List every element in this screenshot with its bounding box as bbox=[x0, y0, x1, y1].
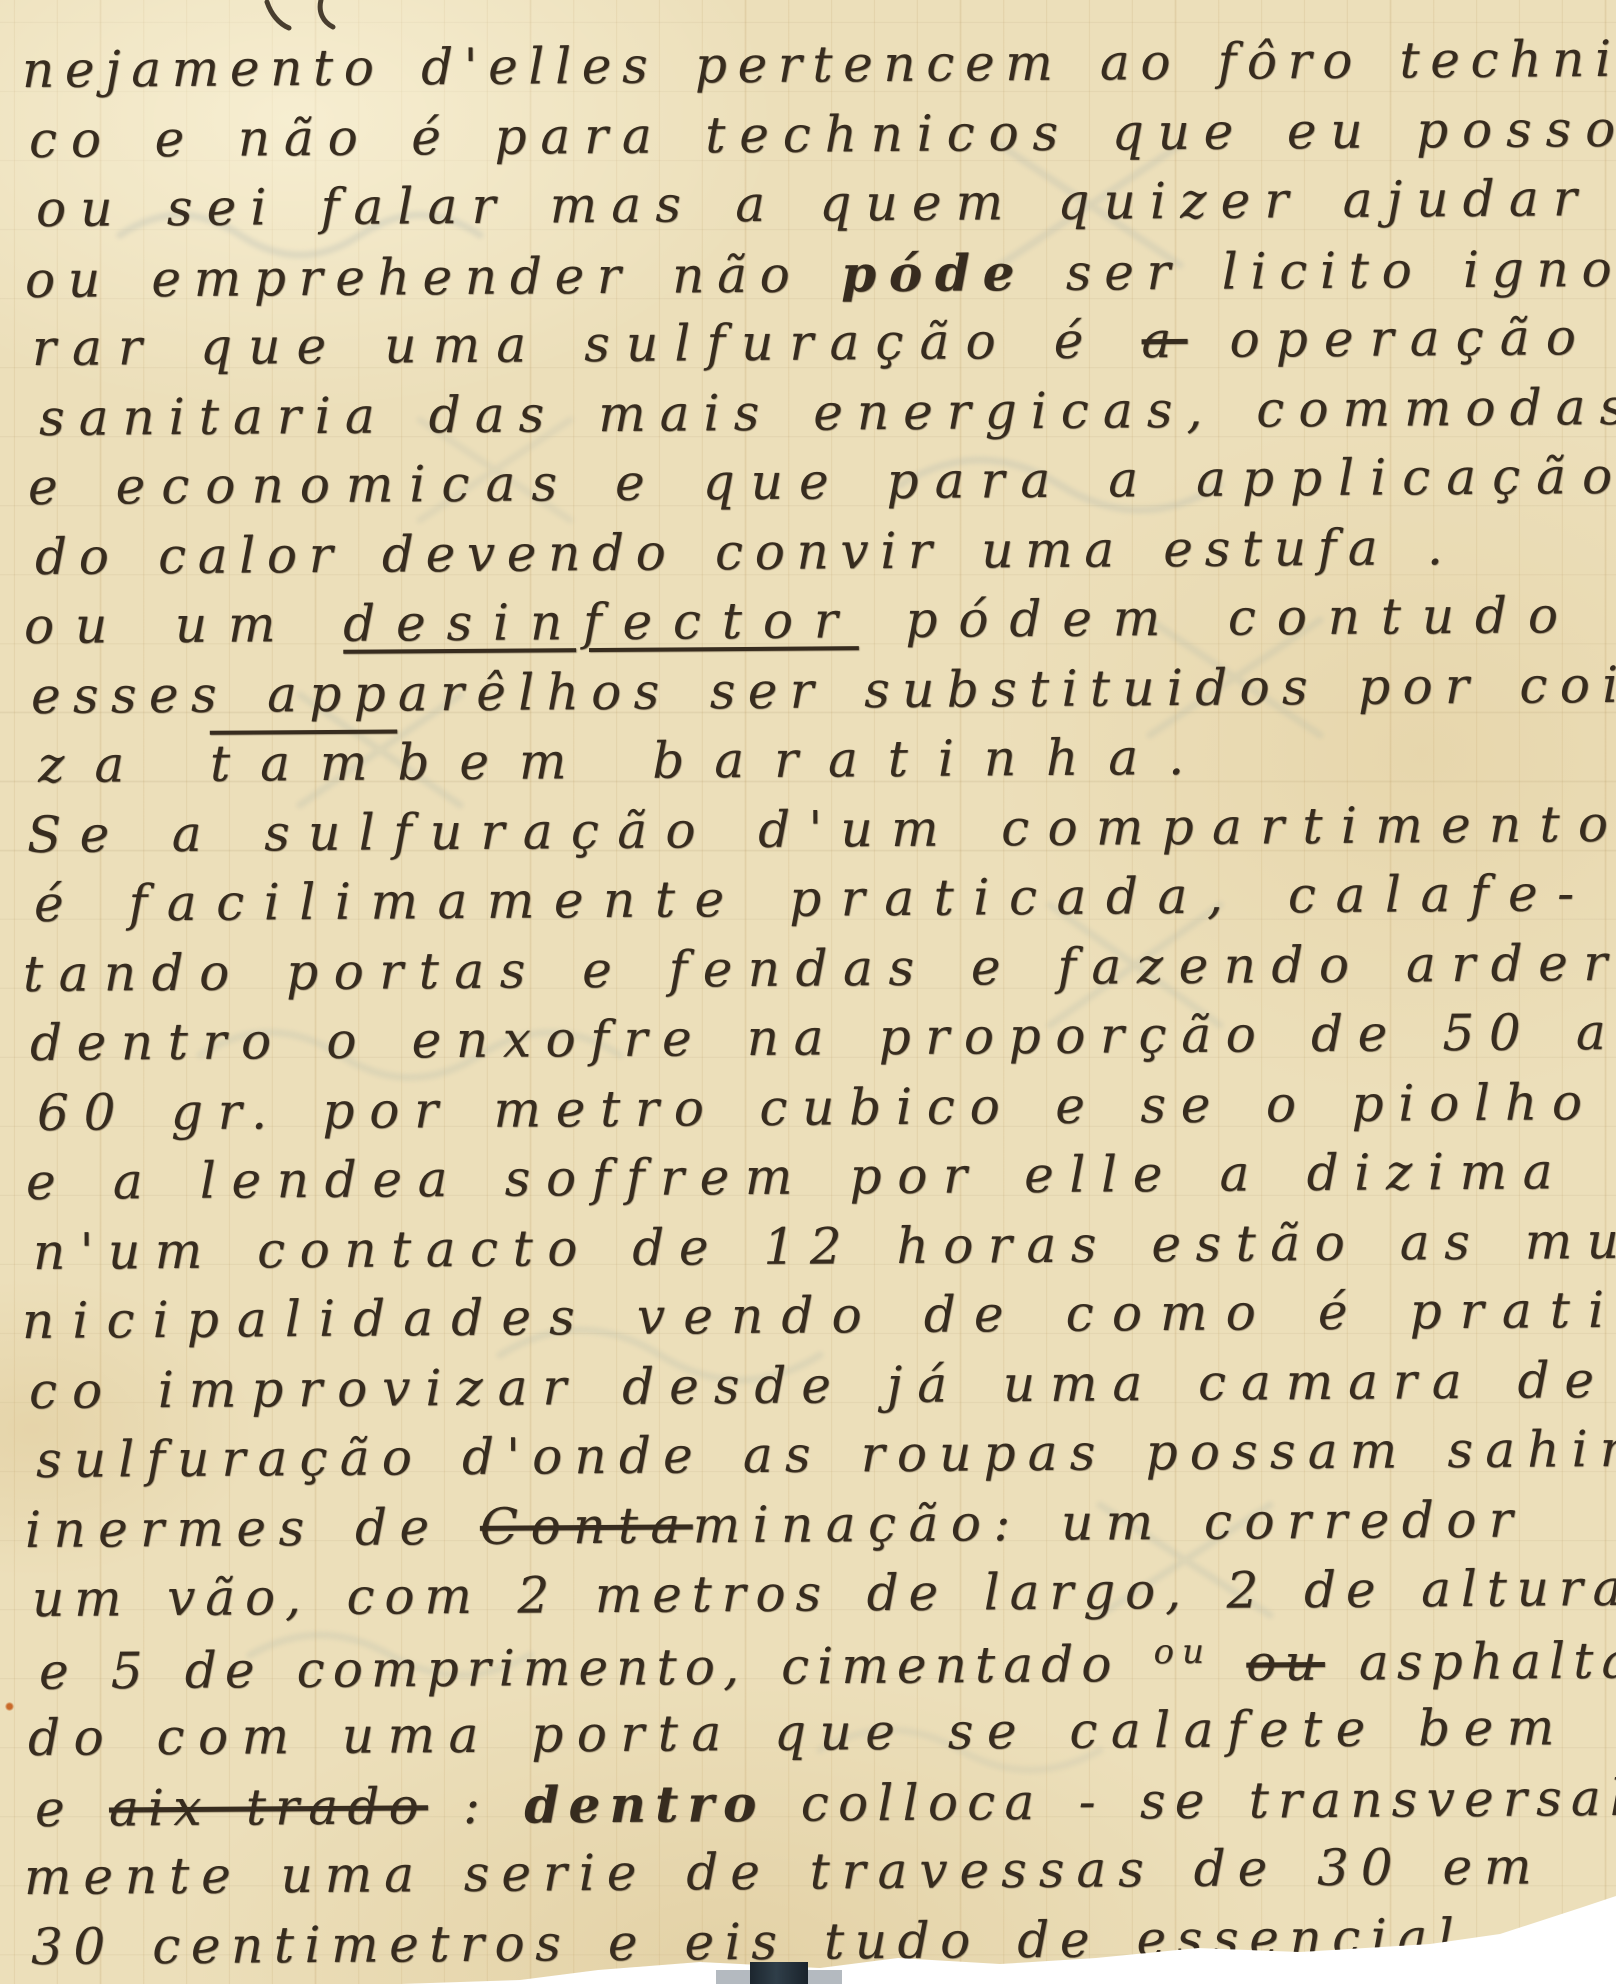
manuscript-line: esses apparêlhos ser substituidos por co… bbox=[31, 655, 1616, 724]
manuscript-word: : bbox=[428, 1776, 525, 1835]
manuscript-word: e 5 de comprimento, cimentado bbox=[39, 1634, 1154, 1700]
manuscript-word: sulfuração d'onde as roupas possam sahir bbox=[36, 1420, 1616, 1489]
manuscript-word-strike: ou bbox=[1246, 1633, 1325, 1692]
manuscript-line: sanitaria das mais energicas, commodas bbox=[39, 377, 1616, 446]
manuscript-word: ou emprehender não bbox=[25, 245, 842, 309]
manuscript-line: co e não é para technicos que eu posso bbox=[29, 99, 1616, 168]
binder-clip-side bbox=[716, 1970, 750, 1984]
manuscript-word: mente uma serie de travessas de 30 em bbox=[24, 1837, 1544, 1906]
manuscript-page: nejamento d'elles pertencem ao fôro tech… bbox=[0, 0, 1616, 1984]
manuscript-line: inermes de Contaminação: um corredor bbox=[25, 1490, 1526, 1558]
manuscript-word-bold: póde bbox=[841, 243, 1027, 303]
manuscript-word: e economicas e que para a applicação bbox=[28, 447, 1616, 516]
manuscript-word-strike: a bbox=[1141, 311, 1187, 369]
manuscript-word: nicipalidades vendo de como é prati bbox=[22, 1281, 1616, 1350]
manuscript-line: ou sei falar mas a quem quizer ajudar bbox=[36, 169, 1591, 238]
manuscript-word: rar que uma sulfuração é bbox=[32, 311, 1142, 377]
manuscript-line: e a lendea soffrem por elle a dizima bbox=[26, 1142, 1569, 1211]
manuscript-word-overline: tam bbox=[210, 733, 398, 792]
manuscript-word: inermes de bbox=[25, 1497, 480, 1558]
binder-clip bbox=[716, 1962, 842, 1984]
manuscript-line: co improvizar desde já uma camara de bbox=[29, 1350, 1609, 1419]
manuscript-word: nejamento d'elles pertencem ao fôro tech… bbox=[22, 30, 1616, 99]
manuscript-line: sulfuração d'onde as roupas possam sahir bbox=[36, 1420, 1616, 1489]
manuscript-line: mente uma serie de travessas de 30 em bbox=[24, 1837, 1544, 1906]
manuscript-word: do com uma porta que se calafete bem bbox=[28, 1698, 1568, 1767]
manuscript-line: do calor devendo convir uma estufa . bbox=[35, 518, 1455, 586]
manuscript-word-underline: desinfector bbox=[343, 591, 859, 653]
manuscript-line: nicipalidades vendo de como é prati bbox=[22, 1281, 1616, 1350]
manuscript-word-strike: Conta bbox=[480, 1496, 693, 1555]
paper-speck bbox=[5, 1702, 14, 1711]
manuscript-word: e a lendea soffrem por elle a dizima bbox=[26, 1142, 1569, 1211]
manuscript-word-sup: ou bbox=[1153, 1631, 1212, 1671]
manuscript-line: é facilimamente praticada, calafe- bbox=[34, 864, 1594, 933]
manuscript-word bbox=[1212, 1634, 1246, 1692]
manuscript-line: e 5 de comprimento, cimentado ou ou asph… bbox=[39, 1628, 1616, 1700]
manuscript-word: za bbox=[38, 735, 210, 794]
manuscript-line: do com uma porta que se calafete bem bbox=[28, 1698, 1568, 1767]
binder-clip-side bbox=[808, 1970, 842, 1984]
manuscript-word: é facilimamente praticada, calafe- bbox=[34, 864, 1594, 933]
manuscript-line: Se a sulfuração d'um compartimento bbox=[27, 794, 1616, 863]
manuscript-word-strike: aix trado bbox=[109, 1777, 428, 1837]
manuscript-line: e aix trado : dentro colloca - se transv… bbox=[35, 1767, 1616, 1837]
manuscript-line: 60 gr. por metro cubico e se o piolho bbox=[37, 1073, 1597, 1142]
manuscript-word: operação bbox=[1187, 308, 1592, 369]
manuscript-text: nejamento d'elles pertencem ao fôro tech… bbox=[0, 0, 1616, 1984]
manuscript-line: tando portas e fendas e fazendo arder bbox=[23, 933, 1616, 1002]
manuscript-word: ser licito igno bbox=[1027, 239, 1616, 301]
manuscript-word: 60 gr. por metro cubico e se o piolho bbox=[37, 1073, 1597, 1142]
manuscript-line: ou emprehender não póde ser licito igno bbox=[25, 238, 1616, 308]
manuscript-line: um vão, com 2 metros de largo, 2 de altu… bbox=[32, 1559, 1616, 1628]
manuscript-word: Se a sulfuração d'um compartimento bbox=[27, 794, 1616, 863]
manuscript-word: ou um bbox=[24, 595, 344, 655]
manuscript-word: n'um contacto de 12 horas estão as mu bbox=[33, 1211, 1616, 1280]
manuscript-word: pódem contudo bbox=[858, 586, 1579, 649]
manuscript-line: za tambem baratinha. bbox=[38, 728, 1214, 794]
manuscript-word: co improvizar desde já uma camara de bbox=[29, 1350, 1609, 1419]
manuscript-word: minação: um corredor bbox=[693, 1490, 1526, 1554]
manuscript-word: ou sei falar mas a quem quizer ajudar bbox=[36, 169, 1591, 238]
manuscript-word: esses apparêlhos ser substituidos por co… bbox=[31, 655, 1616, 724]
binder-clip-center bbox=[750, 1962, 808, 1984]
manuscript-word-bold: dentro bbox=[524, 1773, 766, 1834]
manuscript-word: um vão, com 2 metros de largo, 2 de altu… bbox=[32, 1559, 1616, 1628]
manuscript-word: co e não é para technicos que eu posso bbox=[29, 99, 1616, 168]
manuscript-word: asphalta bbox=[1325, 1631, 1616, 1691]
manuscript-line: ou um desinfector pódem contudo bbox=[24, 586, 1579, 655]
manuscript-line: dentro o enxofre na proporção de 50 a bbox=[30, 1003, 1616, 1072]
manuscript-word: colloca - se transversal bbox=[765, 1768, 1616, 1832]
manuscript-word: tando portas e fendas e fazendo arder bbox=[23, 933, 1616, 1002]
manuscript-word: bem baratinha. bbox=[397, 728, 1214, 792]
manuscript-word: do calor devendo convir uma estufa . bbox=[35, 518, 1455, 586]
manuscript-word: dentro o enxofre na proporção de 50 a bbox=[30, 1003, 1616, 1072]
manuscript-line: rar que uma sulfuração é a operação bbox=[32, 308, 1592, 377]
manuscript-line: nejamento d'elles pertencem ao fôro tech… bbox=[22, 30, 1616, 99]
manuscript-line: n'um contacto de 12 horas estão as mu bbox=[33, 1211, 1616, 1280]
manuscript-word: e bbox=[35, 1779, 109, 1838]
manuscript-line: e economicas e que para a applicação bbox=[28, 447, 1616, 516]
manuscript-word: sanitaria das mais energicas, commodas bbox=[39, 377, 1616, 446]
